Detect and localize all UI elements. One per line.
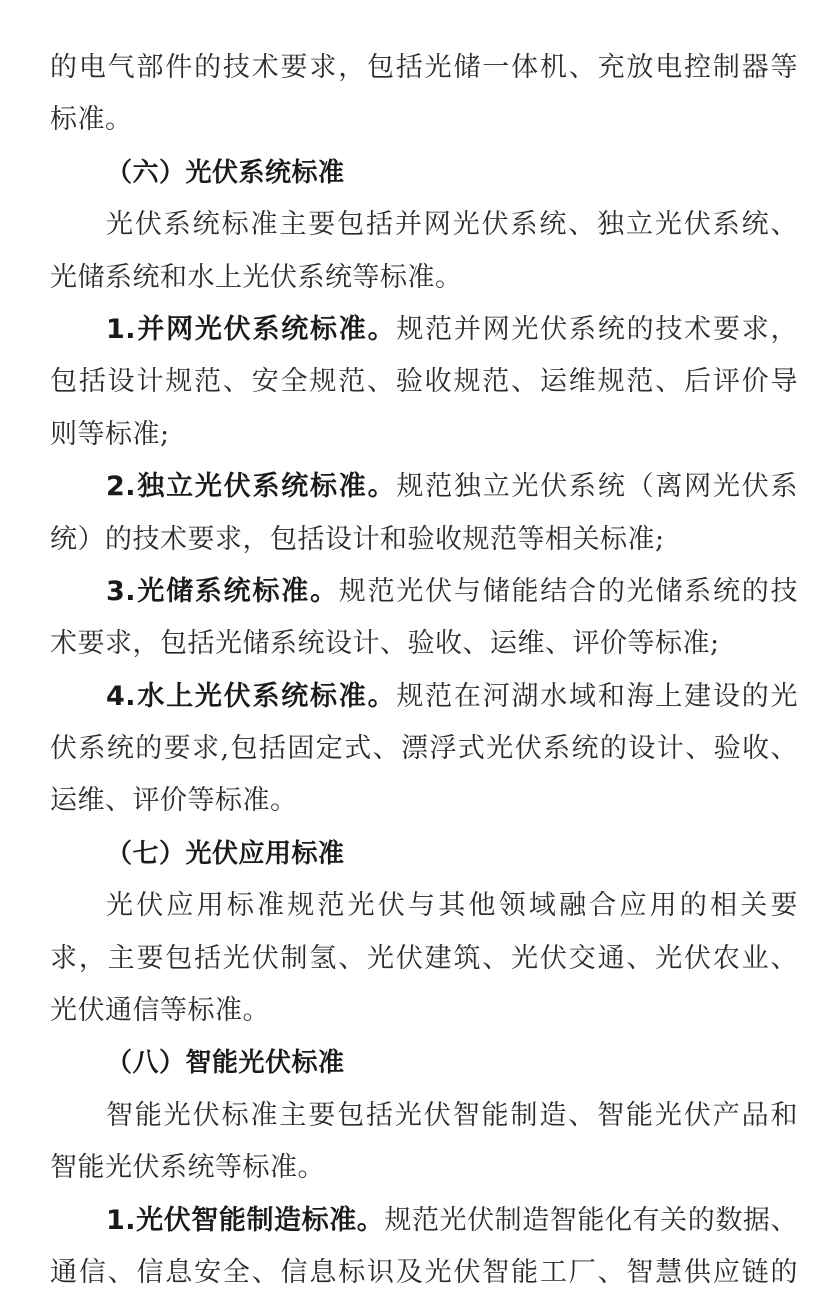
list-item-text: 规范光伏制造智能化有关的数据、 [384,1205,798,1236]
list-item-title: 1.并网光伏系统标准。 [106,314,396,345]
list-item-title: 1.光伏智能制造标准。 [106,1205,384,1236]
list-item-title: 4.水上光伏系统标准。 [106,681,396,712]
paragraph-line: 光伏通信等标准。 [50,985,798,1037]
paragraph-line: 光储系统和水上光伏系统等标准。 [50,252,798,304]
list-item-title: 2.独立光伏系统标准。 [106,471,396,502]
list-item-text: 规范光伏与储能结合的光储系统的技 [339,576,798,607]
paragraph-line: 包括设计规范、安全规范、验收规范、运维规范、后评价导 [50,356,798,408]
paragraph-line: 运维、评价等标准。 [50,775,798,827]
list-item-grid-connected: 1.并网光伏系统标准。规范并网光伏系统的技术要求， [50,304,798,356]
list-item-text: 规范独立光伏系统（离网光伏系 [396,471,798,502]
list-item-text: 规范并网光伏系统的技术要求， [396,314,798,345]
paragraph-line: 智能光伏系统等标准。 [50,1142,798,1194]
paragraph-line: 术要求，包括光储系统设计、验收、运维、评价等标准; [50,618,798,670]
list-item-off-grid: 2.独立光伏系统标准。规范独立光伏系统（离网光伏系 [50,461,798,513]
paragraph-line: 光伏应用标准规范光伏与其他领域融合应用的相关要 [50,880,798,932]
list-item-title: 3.光储系统标准。 [106,576,339,607]
list-item-smart-manufacturing: 1.光伏智能制造标准。规范光伏制造智能化有关的数据、 [50,1195,798,1247]
paragraph-line: 求，主要包括光伏制氢、光伏建筑、光伏交通、光伏农业、 [50,933,798,985]
paragraph-line: 通信、信息安全、信息标识及光伏智能工厂、智慧供应链的 [50,1247,798,1299]
section-heading-7: （七）光伏应用标准 [50,828,798,880]
paragraph-line: 标准。 [50,94,798,146]
paragraph-line: 光伏系统标准主要包括并网光伏系统、独立光伏系统、 [50,199,798,251]
paragraph-line: 智能光伏标准主要包括光伏智能制造、智能光伏产品和 [50,1090,798,1142]
document-page: 的电气部件的技术要求，包括光储一体机、充放电控制器等 标准。 （六）光伏系统标准… [50,42,798,1299]
paragraph-line: 的电气部件的技术要求，包括光储一体机、充放电控制器等 [50,42,798,94]
paragraph-line: 伏系统的要求,包括固定式、漂浮式光伏系统的设计、验收、 [50,723,798,775]
list-item-floating: 4.水上光伏系统标准。规范在河湖水域和海上建设的光 [50,671,798,723]
list-item-storage: 3.光储系统标准。规范光伏与储能结合的光储系统的技 [50,566,798,618]
section-heading-8: （八）智能光伏标准 [50,1037,798,1089]
paragraph-line: 则等标准; [50,409,798,461]
paragraph-line: 统）的技术要求，包括设计和验收规范等相关标准; [50,514,798,566]
section-heading-6: （六）光伏系统标准 [50,147,798,199]
list-item-text: 规范在河湖水域和海上建设的光 [396,681,798,712]
